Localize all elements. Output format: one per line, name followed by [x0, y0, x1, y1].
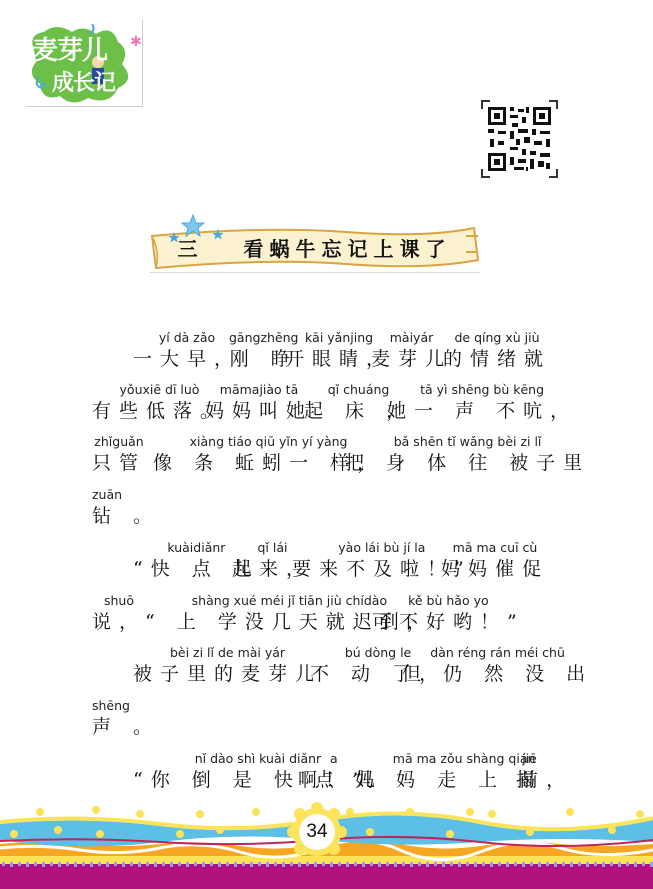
pinyin: dàn réng rán méi chū — [402, 645, 593, 661]
pinyin: màiyár — [371, 330, 452, 346]
svg-text:✱: ✱ — [130, 34, 142, 50]
book-logo: ✱ 麦芽儿 成长记 — [26, 20, 143, 107]
pinyin: zhǐguǎn — [92, 434, 146, 450]
chapter-title-banner: 三 看蜗牛忘记上课了 — [146, 212, 483, 274]
chapter-title: 三 看蜗牛忘记上课了 — [146, 233, 483, 262]
pinyin: bǎ shēn tǐ wǎng bèi zi lǐ — [345, 434, 590, 450]
pinyin: shēng — [92, 698, 160, 714]
pinyin: mā ma cuī cù — [441, 540, 549, 556]
hanzi: 可不好哟！” — [372, 609, 525, 635]
hanzi: 但 仍 然 没 出 — [402, 661, 593, 687]
hanzi: 声 。 — [92, 714, 160, 740]
ruby-segment: màiyár 麦芽儿 — [371, 330, 452, 372]
hanzi: 把 身 体 往 被子里 — [345, 450, 590, 476]
ruby-segment: bǎ shēn tǐ wǎng bèi zi lǐ 把 身 体 往 被子里 — [345, 434, 590, 476]
pinyin: zuān — [92, 487, 160, 503]
qr-code-icon — [480, 99, 559, 179]
hanzi: 她一 声 不吭， — [387, 398, 577, 424]
hanzi: 妈妈催促 — [441, 556, 549, 582]
hanzi: 麦芽儿 — [371, 346, 452, 372]
hanzi: 被子里的麦芽儿 — [133, 661, 322, 687]
ruby-segment: tā yì shēng bù kēng 她一 声 不吭， — [387, 382, 577, 424]
hanzi: 一大早， — [133, 346, 241, 372]
hanzi: 钻 。 — [92, 503, 160, 529]
hanzi: 妈妈叫她 — [205, 398, 313, 424]
ruby-segment: shuō 说， — [92, 593, 146, 635]
hanzi: 揭 — [516, 767, 543, 793]
title-divider — [150, 272, 480, 273]
logo-title-line1: 麦芽儿 — [32, 30, 107, 67]
ruby-segment: māmajiào tā 妈妈叫她 — [205, 382, 313, 424]
pinyin: jiē — [516, 751, 543, 767]
chapter-title-text: 看蜗牛忘记上课了 — [243, 237, 451, 261]
page-number: 34 — [296, 814, 338, 850]
pinyin: shuō — [92, 593, 146, 609]
ruby-segment: shēng 声 。 — [92, 698, 160, 740]
logo-title-line2: 成长记 — [52, 66, 115, 97]
pinyin: de qíng xù jiù — [443, 330, 551, 346]
ruby-segment: zhǐguǎn 只管 — [92, 434, 146, 476]
hanzi: 说， — [92, 609, 146, 635]
chapter-number: 三 — [178, 237, 204, 261]
ruby-segment: zuān 钻 。 — [92, 487, 160, 529]
ruby-segment: dàn réng rán méi chū 但 仍 然 没 出 — [402, 645, 593, 687]
ruby-segment: mā ma cuī cù 妈妈催促 — [441, 540, 549, 582]
pinyin: māmajiào tā — [205, 382, 313, 398]
ruby-segment: bèi zi lǐ de mài yár 被子里的麦芽儿 — [133, 645, 322, 687]
ruby-segment: de qíng xù jiù 的情绪就 — [443, 330, 551, 372]
ruby-segment: kě bù hǎo yo 可不好哟！” — [372, 593, 525, 635]
qr-code[interactable] — [480, 99, 559, 179]
hanzi: 的情绪就 — [443, 346, 551, 372]
pinyin: kě bù hǎo yo — [372, 593, 525, 609]
hanzi: 只管 — [92, 450, 146, 476]
pinyin: tā yì shēng bù kēng — [387, 382, 577, 398]
ruby-segment: jiē 揭 — [516, 751, 543, 793]
pinyin: bèi zi lǐ de mài yár — [133, 645, 322, 661]
pinyin: yí dà zǎo — [133, 330, 241, 346]
ruby-segment: yí dà zǎo 一大早， — [133, 330, 241, 372]
